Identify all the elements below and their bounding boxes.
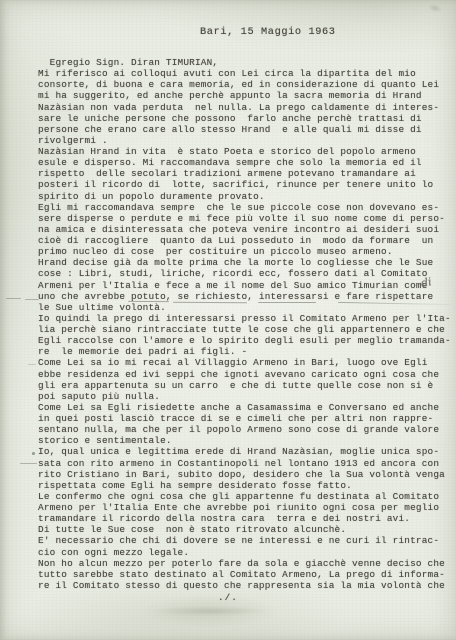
- letter-line: sere disperse o perdute e mi fece più vo…: [38, 213, 450, 224]
- letter-line: na amica e disinteressata che poteva ven…: [38, 224, 450, 235]
- letter-line: E' necessario che chi di dovere se ne in…: [38, 535, 450, 546]
- letter-line: uno che avrebbe potuto, se richiesto, in…: [38, 291, 450, 302]
- letter-line: sentano nulla, ma che per il popolo Arme…: [38, 424, 450, 435]
- letter-line: Non ho alcun mezzo per poterlo fare da s…: [38, 558, 450, 569]
- letter-line: storico e sentimentale.: [38, 435, 450, 446]
- handwritten-word: di: [420, 275, 433, 290]
- letter-line: Come Lei sa io mi recai al Villaggio Arm…: [38, 357, 450, 368]
- letter-line: Nazàsian non vada perduta nel nulla. La …: [38, 102, 450, 113]
- letter-line: re le memorie dei padri ai figli. -: [38, 346, 450, 357]
- letter-line: Come Lei sa Egli risiedette anche a Casa…: [38, 402, 450, 413]
- letter-line: mi ha suggerito, ed anche perchè appunto…: [38, 90, 450, 101]
- letter-line: Io, qual unica e legittima erede di Hran…: [38, 446, 450, 457]
- letter-line: rispettata come Egli ha sempre desiderat…: [38, 480, 450, 491]
- letter-line: Armeni per l'Italia e fece a me il nome …: [38, 280, 450, 291]
- letter-line: esule e disperso. Mi raccomandava sempre…: [38, 157, 450, 168]
- letter-line: Egregio Sign. Diran TIMURIAN,: [38, 57, 450, 68]
- letter-line: Egli mi raccomandava sempre che le sue p…: [38, 202, 450, 213]
- letter-line: spirito di un popolo duramente provato.: [38, 191, 450, 202]
- continuation-mark: ./.: [0, 592, 456, 603]
- scan-smudge: [150, 606, 270, 616]
- letter-line: cose : Libri, studi, liriche, ricordi ec…: [38, 268, 450, 279]
- letter-line: cio con ogni mezzo legale.: [38, 547, 450, 558]
- pencil-margin-dash: [6, 298, 21, 299]
- scanned-letter-page: Bari, 15 Maggio 1963 Egregio Sign. Diran…: [0, 0, 456, 640]
- letter-line: ebbe residenza ed ivi seppi che ignoti a…: [38, 369, 450, 380]
- scan-corner-mark: [427, 2, 443, 13]
- letter-line: consorte, di buona e cara memoria, ed in…: [38, 79, 450, 90]
- letter-line: Hrand decise già da molte prima che la m…: [38, 257, 450, 268]
- letter-line: persone che erano care allo stesso Hrand…: [38, 124, 450, 135]
- letter-line: Io quindi la prego di interessarsi press…: [38, 313, 450, 324]
- letter-line: re il Comitato stesso di questo che rapp…: [38, 580, 450, 591]
- letter-line: tramandare il ricordo della nostra cara …: [38, 513, 450, 524]
- letter-line: posteri il ricordo di lotte, sacrifici, …: [38, 179, 450, 190]
- letter-line: Egli raccolse con l'amore e lo spirito d…: [38, 335, 450, 346]
- pencil-margin-dash: [28, 364, 36, 365]
- letter-line: lia perchè siano rintracciate tutte le c…: [38, 324, 450, 335]
- letter-line: Di tutte le Sue cose non è stato ritrova…: [38, 524, 450, 535]
- letter-line: rivolgermi .: [38, 135, 450, 146]
- pencil-margin-dash: [20, 463, 37, 464]
- pencil-margin-dash: [25, 299, 39, 300]
- letter-line: primo nucleo di cose per costituire un p…: [38, 246, 450, 257]
- letter-line: poi saputo più nulla.: [38, 391, 450, 402]
- letter-line: rispetto delle secolari tradizioni armen…: [38, 168, 450, 179]
- letter-line: Nazàsian Hrand in vita è stato Poeta e s…: [38, 146, 450, 157]
- letter-line: sare le uniche persone che possono farlo…: [38, 113, 450, 124]
- dateline: Bari, 15 Maggio 1963: [200, 26, 336, 38]
- letter-line: gli era appartenuta su un carro e che di…: [38, 380, 450, 391]
- letter-line: cioè di raccogliere quanto da Lui possed…: [38, 235, 450, 246]
- letter-line: sata con rito armeno in Costantinopoli n…: [38, 458, 450, 469]
- pencil-margin-dot: [32, 452, 35, 455]
- letter-body: Egregio Sign. Diran TIMURIAN,Mi riferisc…: [38, 57, 450, 591]
- pencil-underline-segment: [173, 301, 247, 303]
- letter-line: tutto sarebbe stato destinato al Comitat…: [38, 569, 450, 580]
- letter-line: rito Cristiano in Bari, subito dopo, des…: [38, 469, 450, 480]
- letter-line: in quei posti lasciò tracce di se e cime…: [38, 413, 450, 424]
- letter-line: Le confermo che ogni cosa che gli appart…: [38, 491, 450, 502]
- letter-line: Armeno per l'Italia Ente che avrebbe poi…: [38, 502, 450, 513]
- letter-line: Mi riferisco ai colloqui avuti con Lei c…: [38, 68, 450, 79]
